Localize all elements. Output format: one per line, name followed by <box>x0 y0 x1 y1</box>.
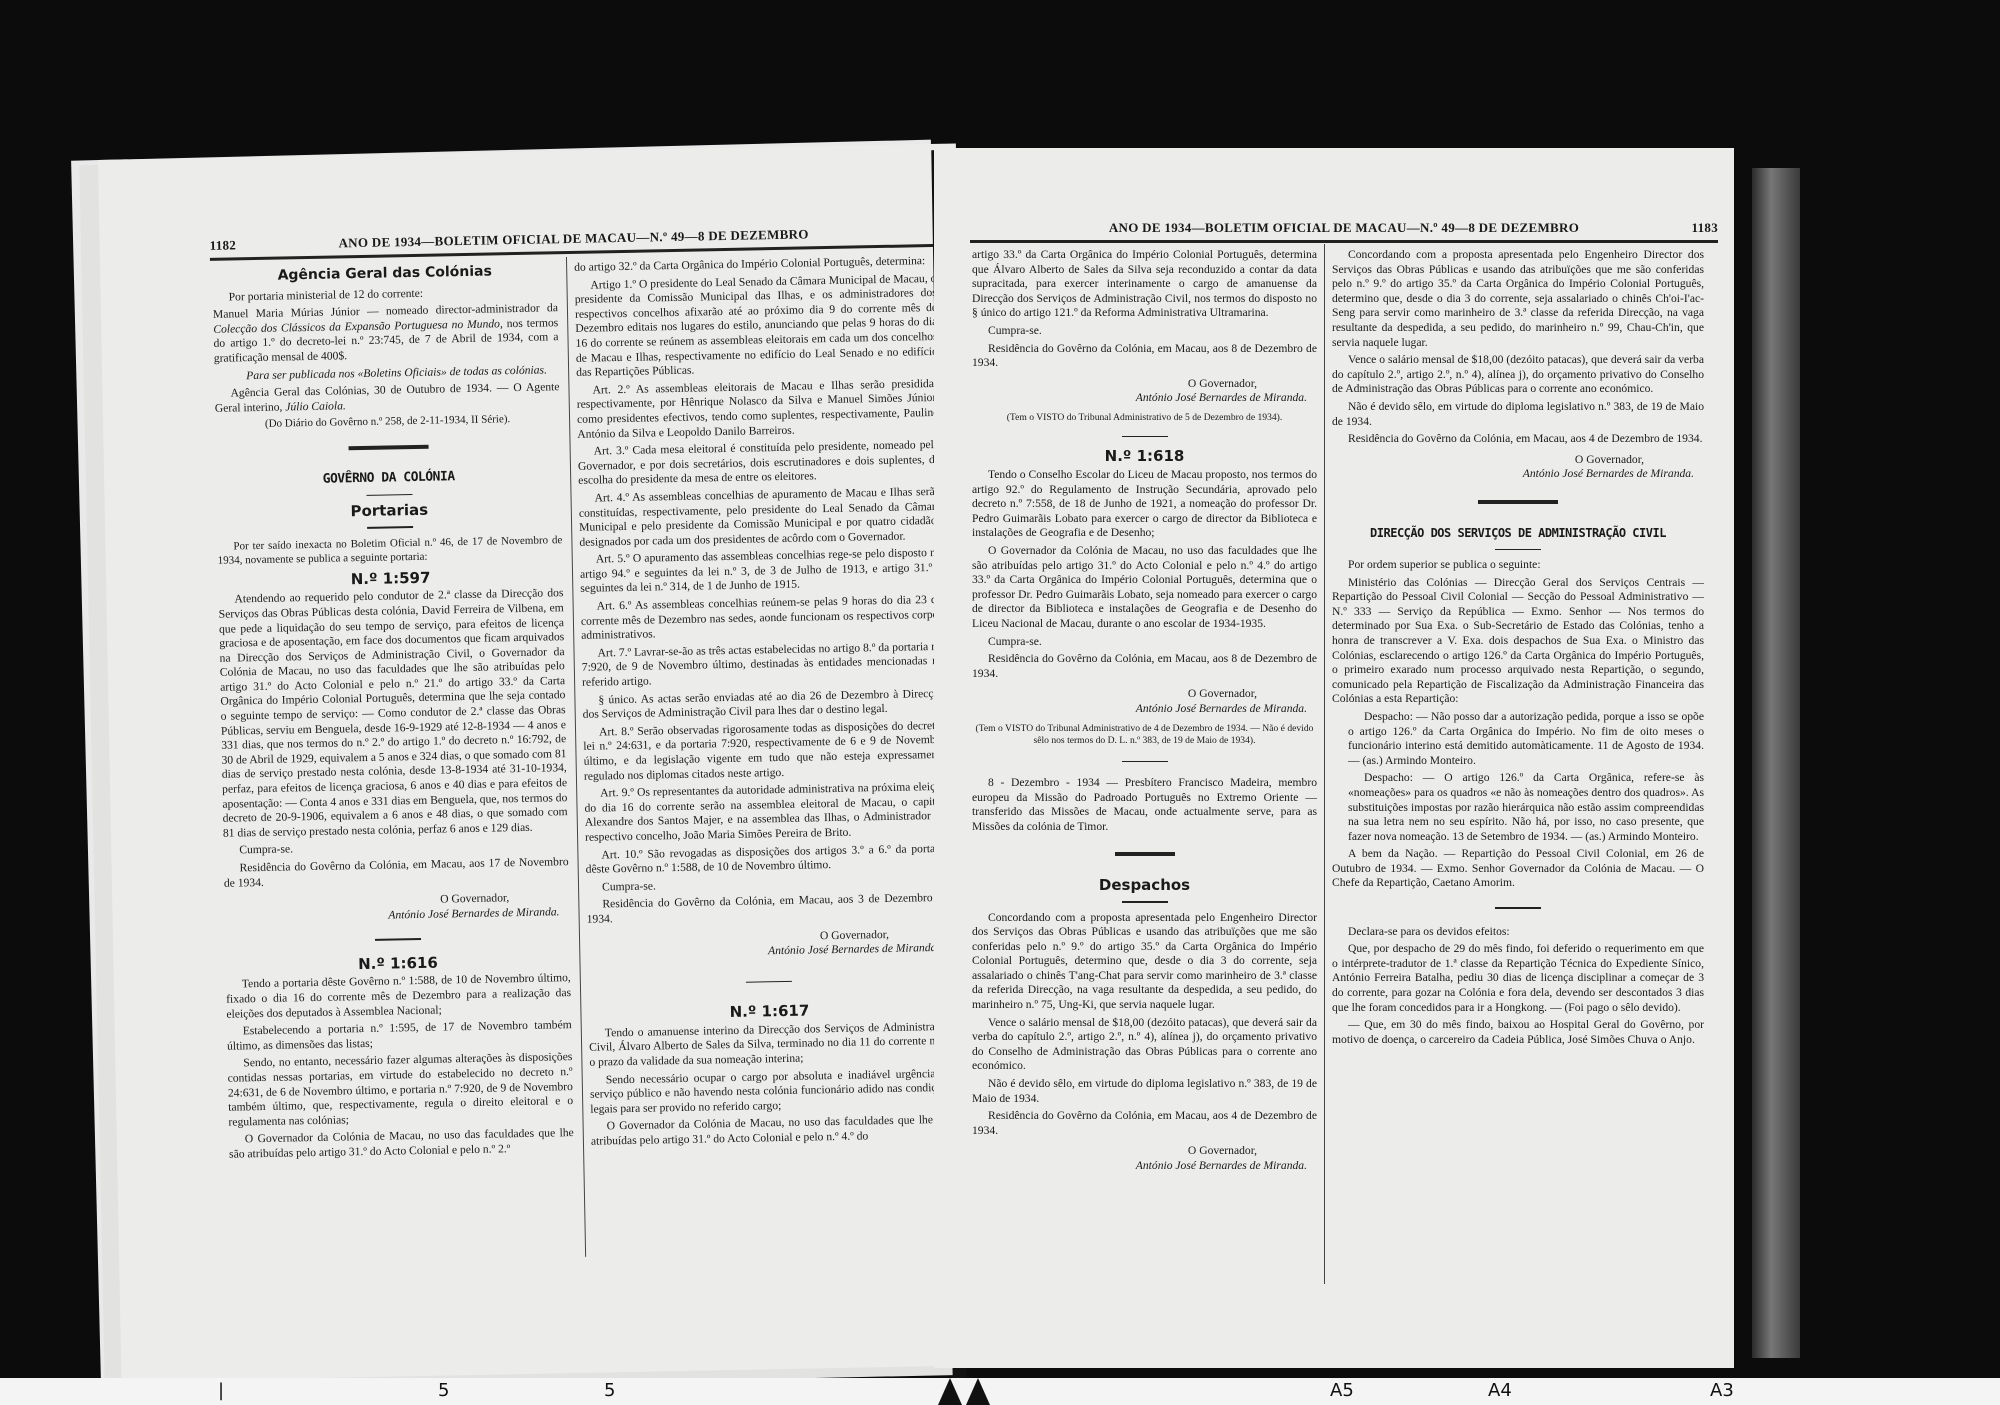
governor-signature: António José Bernardes de Miranda. <box>972 1159 1317 1174</box>
article: Art. 4.º As assembleas concelhias de apu… <box>578 485 941 550</box>
paragraph: O Governador da Colónia de Macau, no uso… <box>229 1126 574 1162</box>
despacho-quote: Despacho: — O artigo 126.º da Carta Orgâ… <box>1332 771 1704 844</box>
divider <box>366 494 412 496</box>
paragraph: Residência do Govêrno da Colónia, em Mac… <box>972 342 1317 371</box>
paragraph: Não é devido sêlo, em virtude do diploma… <box>972 1077 1317 1106</box>
page-number: 1183 <box>1692 220 1718 236</box>
paragraph: Tendo a portaria dêste Govêrno n.º 1:588… <box>226 972 572 1022</box>
paragraph: O Governador da Colónia de Macau, no uso… <box>591 1113 953 1149</box>
paragraph: Vence o salário mensal de $18,00 (dezóit… <box>1332 353 1704 397</box>
microfilm-mark: A5 <box>1330 1380 1354 1401</box>
paragraph: Residência do Govêrno da Colónia, em Mac… <box>1332 432 1704 447</box>
subsection-heading: Portarias <box>217 501 562 522</box>
article: Art. 5.º O apuramento das assembleas con… <box>580 546 943 597</box>
article: Art. 8.º Serão observadas rigorosamente … <box>583 719 946 784</box>
section-divider <box>1115 852 1175 856</box>
divider <box>367 526 413 528</box>
divider <box>1495 549 1541 551</box>
article: Art. 2.º As assembleas eleitorais de Mac… <box>576 377 939 442</box>
article: Artigo 1.º O presidente do Leal Senado d… <box>574 272 938 381</box>
paragraph: Residência do Govêrno da Colónia, em Mac… <box>972 652 1317 681</box>
running-title: ANO DE 1934—BOLETIM OFICIAL DE MACAU—N.º… <box>970 220 1718 236</box>
scanner-edge <box>1752 168 1800 1358</box>
reissue-note: Por ter saído inexacta no Boletim Oficia… <box>217 533 562 569</box>
signatory: Júlio Caiola. <box>285 399 346 413</box>
article: Art. 6.º As assembleas concelhias reúnem… <box>581 593 944 644</box>
divider <box>375 938 421 940</box>
portaria-number: N.º 1:617 <box>588 1001 950 1023</box>
governor-title: O Governador, <box>1332 453 1704 468</box>
paragraph: Cumpra-se. <box>972 324 1317 339</box>
header-rule <box>970 240 1718 243</box>
source-note: (Do Diário do Govêrno n.º 258, de 2-11-1… <box>215 413 560 432</box>
running-head: ANO DE 1934—BOLETIM OFICIAL DE MACAU—N.º… <box>970 218 1718 240</box>
divider <box>746 981 792 983</box>
paragraph: Cumpra-se. <box>972 635 1317 650</box>
despacho-quote: Despacho: — Não posso dar a autorização … <box>1332 710 1704 768</box>
paragraph: Manuel Maria Múrias Júnior — nomeado dir… <box>213 301 559 366</box>
microfilm-mark: A4 <box>1488 1380 1512 1401</box>
paragraph: Por ordem superior se publica o seguinte… <box>1332 558 1704 573</box>
article: Art. 3.º Cada mesa eleitoral é constituí… <box>578 438 941 489</box>
governor-title: O Governador, <box>972 377 1317 392</box>
paragraph: — Que, em 30 do mês findo, baixou ao Hos… <box>1332 1018 1704 1047</box>
governor-title: O Governador, <box>972 1144 1317 1159</box>
section-heading: Agência Geral das Colónias <box>212 263 557 284</box>
left-column-2: do artigo 32.º da Carta Orgânica do Impé… <box>574 254 953 1152</box>
paragraph: O Governador da Colónia de Macau, no uso… <box>972 544 1317 632</box>
left-column-1: Agência Geral das Colónias Por portaria … <box>212 261 574 1165</box>
portaria-number: N.º 1:618 <box>972 449 1317 464</box>
article: Art. 9.º Os representantes da autoridade… <box>584 780 947 845</box>
microfilm-mark: 5 <box>604 1380 615 1401</box>
paragraph: Ministério das Colónias — Direcção Geral… <box>1332 576 1704 707</box>
portaria-number: N.º 1:616 <box>225 953 570 974</box>
paragraph: A bem da Nação. — Repartição do Pessoal … <box>1332 847 1704 891</box>
section-divider <box>348 445 428 451</box>
paragraph: Atendendo ao requerido pelo condutor de … <box>218 586 568 841</box>
paragraph: Concordando com a proposta apresentada p… <box>1332 248 1704 350</box>
running-title: ANO DE 1934—BOLETIM OFICIAL DE MACAU—N.º… <box>210 224 938 254</box>
divider <box>1495 907 1541 909</box>
article: Art. 10.º São revogadas as disposições d… <box>585 841 947 877</box>
visto-note: (Tem o VISTO do Tribunal Administrativo … <box>972 412 1317 424</box>
microfilm-strip <box>0 1378 2000 1405</box>
paragraph: Agência Geral das Colónias, 30 de Outubr… <box>214 380 559 416</box>
section-heading: Despachos <box>972 878 1317 893</box>
paragraph: 8 - Dezembro - 1934 — Presbítero Francis… <box>972 776 1317 834</box>
microfilm-mark: A3 <box>1710 1380 1734 1401</box>
section-heading: DIRECÇÃO DOS SERVIÇOS DE ADMINISTRAÇÃO C… <box>1332 526 1704 541</box>
governor-signature: António José Bernardes de Miranda. <box>1332 467 1704 482</box>
right-column-1: artigo 33.º da Carta Orgânica do Império… <box>972 248 1317 1180</box>
paragraph: Residência do Govêrno da Colónia, em Mac… <box>223 855 568 891</box>
right-column-2: Concordando com a proposta apresentada p… <box>1332 248 1704 1050</box>
microfilm-mark: | <box>218 1380 224 1401</box>
governor-title: O Governador, <box>972 687 1317 702</box>
paragraph: Que, por despacho de 29 do mês findo, fo… <box>1332 942 1704 1015</box>
paragraph: Estabelecendo a portaria n.º 1:595, de 1… <box>227 1018 572 1054</box>
divider <box>1122 901 1168 903</box>
section-divider <box>1478 500 1558 504</box>
right-page: ANO DE 1934—BOLETIM OFICIAL DE MACAU—N.º… <box>934 148 1734 1368</box>
divider <box>1122 436 1168 438</box>
arrow-up-icon <box>938 1378 962 1405</box>
microfilm-mark: 5 <box>438 1380 449 1401</box>
visto-note: (Tem o VISTO do Tribunal Administrativo … <box>972 723 1317 747</box>
paragraph: Tendo o Conselho Escolar do Liceu de Mac… <box>972 468 1317 541</box>
governor-signature: António José Bernardes de Miranda. <box>972 702 1317 717</box>
paragraph: Residência do Govêrno da Colónia, em Mac… <box>586 891 948 927</box>
paragraph: Vence o salário mensal de $18,00 (dezóit… <box>972 1016 1317 1074</box>
paragraph: Tendo o amanuense interino da Direcção d… <box>589 1020 952 1071</box>
left-page: 1182 ANO DE 1934—BOLETIM OFICIAL DE MACA… <box>98 144 979 1382</box>
governor-signature: António José Bernardes de Miranda. <box>972 391 1317 406</box>
paragraph: Declara-se para os devidos efeitos: <box>1332 925 1704 940</box>
portaria-number: N.º 1:597 <box>218 568 563 589</box>
paragraph: Não é devido sêlo, em virtude do diploma… <box>1332 400 1704 429</box>
paragraph: Residência do Govêrno da Colónia, em Mac… <box>972 1109 1317 1138</box>
divider <box>1122 761 1168 763</box>
section-heading: GOVÊRNO DA COLÓNIA <box>216 469 561 490</box>
paragraph: Sendo, no entanto, necessário fazer algu… <box>227 1050 573 1130</box>
arrow-up-icon <box>966 1378 990 1405</box>
paragraph: Sendo necessário ocupar o cargo por abso… <box>590 1066 953 1117</box>
text: Agência Geral das Colónias, 30 de Outubr… <box>215 380 560 414</box>
article: § único. As actas serão enviadas até ao … <box>582 686 944 722</box>
paragraph: Concordando com a proposta apresentada p… <box>972 911 1317 1013</box>
article: Art. 7.º Lavrar-se-ão as três actas esta… <box>581 640 944 691</box>
column-rule <box>1324 244 1325 1284</box>
paragraph: artigo 33.º da Carta Orgânica do Império… <box>972 248 1317 321</box>
